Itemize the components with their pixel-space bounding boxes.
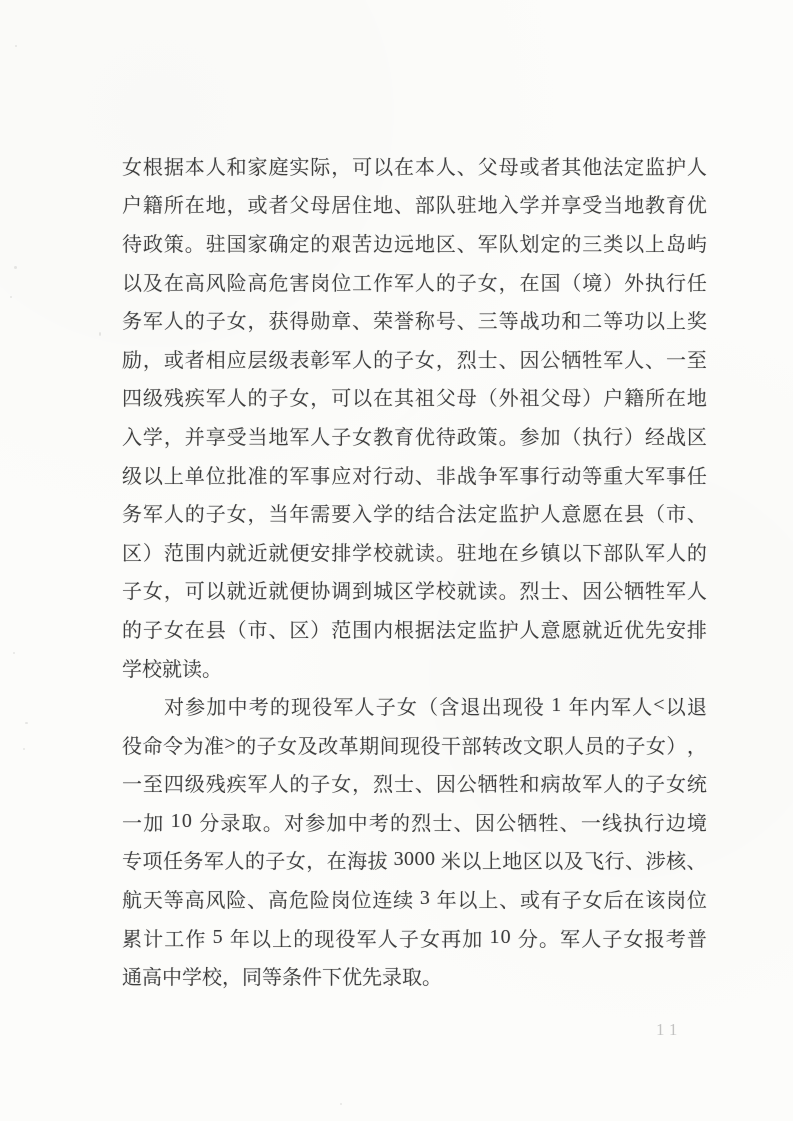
- text-line: 通高中学校，同等条件下优先录取。: [122, 956, 707, 995]
- text-line: 户籍所在地，或者父母居住地、部队驻地入学并享受当地教育优: [122, 185, 707, 224]
- text-line: 役命令为准>的子女及改革期间现役干部转改文职人员的子女），: [122, 725, 707, 764]
- text-line: 累计工作 5 年以上的现役军人子女再加 10 分。军人子女报考普: [122, 918, 707, 957]
- text-line: 入学，并享受当地军人子女教育优待政策。参加（执行）经战区: [122, 416, 707, 455]
- scan-speck: [15, 45, 17, 47]
- text-line: 级以上单位批准的军事应对行动、非战争军事行动等重大军事任: [122, 455, 707, 494]
- scan-speck: [10, 296, 12, 298]
- text-line: 四级残疾军人的子女，可以在其祖父母（外祖父母）户籍所在地: [122, 378, 707, 417]
- text-line: 待政策。驻国家确定的艰苦边远地区、军队划定的三类以上岛屿: [122, 223, 707, 262]
- text-line: 专项任务军人的子女，在海拔 3000 米以上地区以及飞行、涉核、: [122, 841, 707, 880]
- text-line: 区）范围内就近就便安排学校就读。驻地在乡镇以下部队军人的: [122, 532, 707, 571]
- text-line: 女根据本人和家庭实际，可以在本人、父母或者其他法定监护人: [122, 146, 707, 185]
- text-line: 以及在高风险高危害岗位工作军人的子女，在国（境）外执行任: [122, 262, 707, 301]
- text-line: 务军人的子女，当年需要入学的结合法定监护人意愿在县（市、: [122, 493, 707, 532]
- page-number: 11: [656, 1020, 682, 1040]
- text-line: 务军人的子女，获得勋章、荣誉称号、三等战功和二等功以上奖: [122, 300, 707, 339]
- scan-speck: [23, 748, 25, 750]
- paragraph: 女根据本人和家庭实际，可以在本人、父母或者其他法定监护人户籍所在地，或者父母居住…: [122, 146, 707, 686]
- text-line: 航天等高风险、高危险岗位连续 3 年以上、或有子女后在该岗位: [122, 879, 707, 918]
- text-line: 子女，可以就近就便协调到城区学校就读。烈士、因公牺牲军人: [122, 571, 707, 610]
- text-line: 学校就读。: [122, 648, 707, 687]
- paragraph: 对参加中考的现役军人子女（含退出现役 1 年内军人<以退役命令为准>的子女及改革…: [122, 686, 707, 995]
- scan-speck: [13, 652, 15, 654]
- text-line: 励，或者相应层级表彰军人的子女，烈士、因公牺牲军人、一至: [122, 339, 707, 378]
- scan-speck: [14, 266, 17, 269]
- scan-speck: [340, 1103, 342, 1105]
- scan-speck: [25, 722, 28, 724]
- text-line: 一加 10 分录取。对参加中考的烈士、因公牺牲、一线执行边境: [122, 802, 707, 841]
- text-line: 对参加中考的现役军人子女（含退出现役 1 年内军人<以退: [164, 686, 707, 725]
- text-line: 一至四级残疾军人的子女，烈士、因公牺牲和病故军人的子女统: [122, 764, 707, 803]
- text-line: 的子女在县（市、区）范围内根据法定监护人意愿就近优先安排: [122, 609, 707, 648]
- document-page: 女根据本人和家庭实际，可以在本人、父母或者其他法定监护人户籍所在地，或者父母居住…: [0, 0, 793, 1121]
- document-body-text: 女根据本人和家庭实际，可以在本人、父母或者其他法定监护人户籍所在地，或者父母居住…: [122, 146, 707, 995]
- scan-speck: [99, 332, 101, 336]
